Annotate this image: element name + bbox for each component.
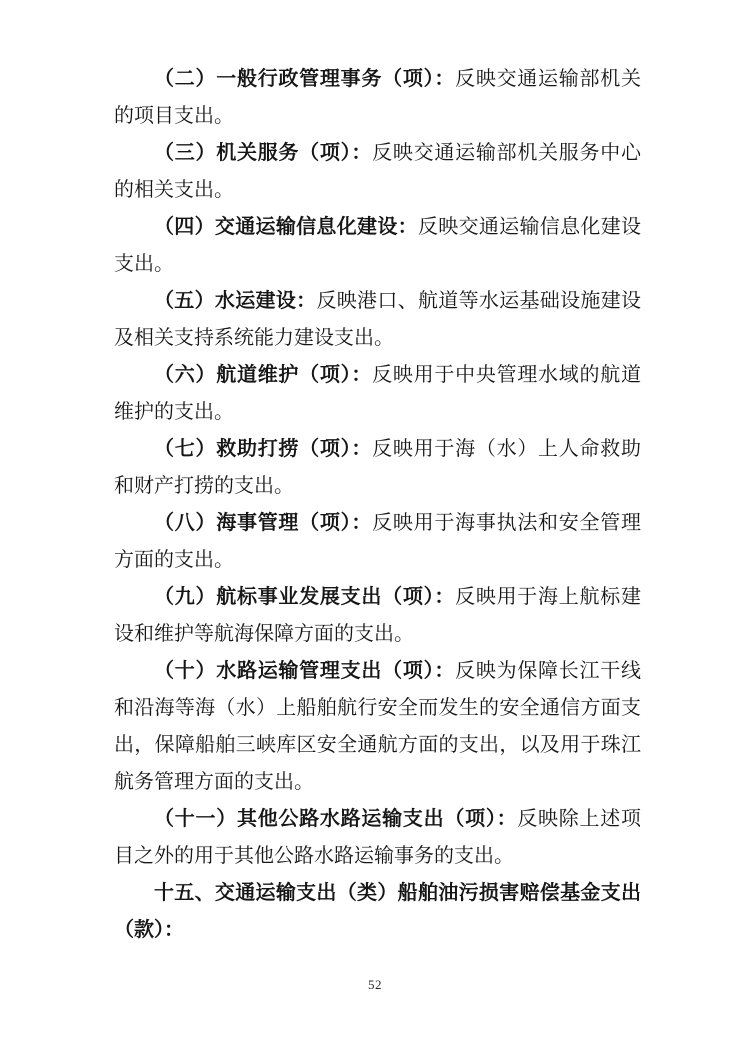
paragraph: （七）救助打捞（项）：反映用于海（水）上人命救助和财产打捞的支出。 bbox=[114, 431, 641, 505]
paragraph-heading: （五）水运建设： bbox=[154, 290, 316, 312]
paragraph: （三）机关服务（项）：反映交通运输部机关服务中心的相关支出。 bbox=[114, 135, 641, 209]
paragraph: （五）水运建设：反映港口、航道等水运基础设施建设及相关支持系统能力建设支出。 bbox=[114, 283, 641, 357]
paragraph: （九）航标事业发展支出（项）：反映用于海上航标建设和维护等航海保障方面的支出。 bbox=[114, 579, 641, 653]
paragraph-heading: （九）航标事业发展支出（项）： bbox=[154, 586, 455, 608]
paragraph: （四）交通运输信息化建设：反映交通运输信息化建设支出。 bbox=[114, 209, 641, 283]
paragraph: （十）水路运输管理支出（项）：反映为保障长江干线和沿海等海（水）上船舶航行安全而… bbox=[114, 653, 641, 801]
paragraph-heading: 十五、交通运输支出（类）船舶油污损害赔偿基金支出（款）： bbox=[114, 882, 641, 941]
paragraph-heading: （四）交通运输信息化建设： bbox=[154, 216, 418, 238]
paragraph-heading: （十一）其他公路水路运输支出（项）： bbox=[154, 808, 517, 830]
paragraph-heading: （三）机关服务（项）： bbox=[154, 142, 372, 164]
document-page: （二）一般行政管理事务（项）：反映交通运输部机关的项目支出。 （三）机关服务（项… bbox=[0, 0, 750, 1060]
paragraph: （八）海事管理（项）：反映用于海事执法和安全管理方面的支出。 bbox=[114, 505, 641, 579]
page-number: 52 bbox=[0, 977, 750, 993]
paragraph-heading: （七）救助打捞（项）： bbox=[154, 438, 372, 460]
paragraph: （十一）其他公路水路运输支出（项）：反映除上述项目之外的用于其他公路水路运输事务… bbox=[114, 801, 641, 875]
paragraph: （六）航道维护（项）：反映用于中央管理水域的航道维护的支出。 bbox=[114, 357, 641, 431]
document-content: （二）一般行政管理事务（项）：反映交通运输部机关的项目支出。 （三）机关服务（项… bbox=[114, 61, 641, 949]
paragraph-heading: （八）海事管理（项）： bbox=[154, 512, 372, 534]
paragraph-heading: （十）水路运输管理支出（项）： bbox=[154, 660, 455, 682]
paragraph: （二）一般行政管理事务（项）：反映交通运输部机关的项目支出。 bbox=[114, 61, 641, 135]
paragraph-heading: （二）一般行政管理事务（项）： bbox=[154, 68, 455, 90]
paragraph: 十五、交通运输支出（类）船舶油污损害赔偿基金支出（款）： bbox=[114, 875, 641, 949]
paragraph-heading: （六）航道维护（项）： bbox=[154, 364, 372, 386]
